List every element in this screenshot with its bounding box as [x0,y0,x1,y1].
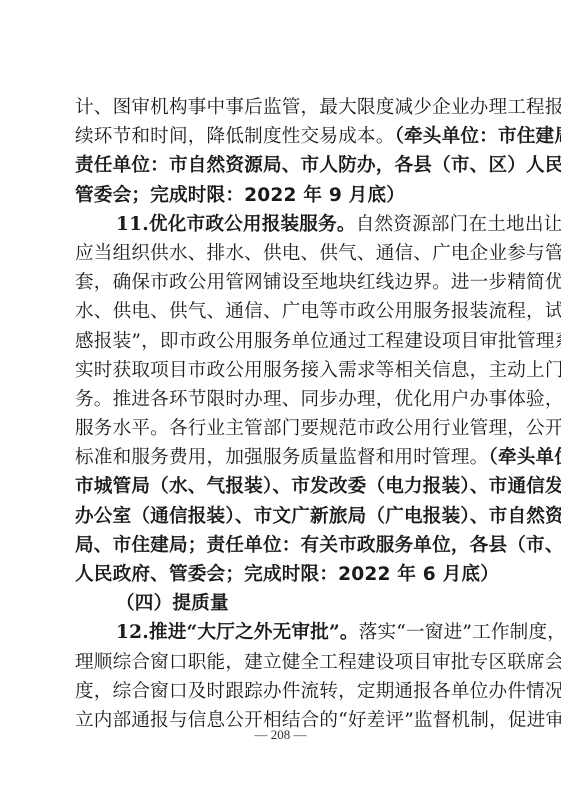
responsibility-text: 局、市住建局；责任单位：有关市政服务单位，各县（市、区） [75,535,561,556]
text-line: 标准和服务费用，加强服务质量监督和用时管理。（牵头单位： [75,443,489,472]
section-heading: （四）提质量 [116,593,229,614]
body-text: 实时获取项目市政公用服务接入需求等相关信息，主动上门服 [75,360,561,381]
text-line: 应当组织供水、排水、供电、供气、通信、广电企业参与管网配 [75,239,489,268]
responsibility-text: 办公室（通信报装）、市文广新旅局（广电报装）、市自然资源 [75,506,561,527]
text-line: 水、供电、供气、通信、广电等市政公用服务报装流程，试行“无 [75,297,489,326]
responsibility-text: （牵头单位：市住建局； [395,126,561,147]
text-line: 感报装”，即市政公用服务单位通过工程建设项目审批管理系统 [75,327,489,356]
body-text: 水、供电、供气、通信、广电等市政公用服务报装流程，试行“无 [75,301,561,322]
document-body: 计、图审机构事中事后监管，最大限度减少企业办理工程报建手续环节和时间，降低制度性… [75,93,489,735]
body-text: 计、图审机构事中事后监管，最大限度减少企业办理工程报建手 [75,97,561,118]
document-page: 计、图审机构事中事后监管，最大限度减少企业办理工程报建手续环节和时间，降低制度性… [0,0,561,793]
body-text: 自然资源部门在土地出让前， [356,214,561,235]
text-line: 人民政府、管委会；完成时限：2022 年 6 月底） [75,560,489,589]
body-text: 续环节和时间，降低制度性交易成本。 [75,126,395,147]
text-line: 12.推进“大厅之外无审批”。落实“一窗进”工作制度， [75,618,489,647]
text-line: 服务水平。各行业主管部门要规范市政公用行业管理，公开服务 [75,414,489,443]
text-line: 管委会；完成时限：2022 年 9 月底） [75,181,489,210]
body-text: 服务水平。各行业主管部门要规范市政公用行业管理，公开服务 [75,418,561,439]
text-line: 度，综合窗口及时跟踪办件流转，定期通报各单位办件情况，建 [75,677,489,706]
section-heading: 12.推进“大厅之外无审批”。 [116,622,359,643]
responsibility-text: （牵头单位： [488,447,561,468]
responsibility-text: 市城管局（水、气报装）、市发改委（电力报装）、市通信发展 [75,476,561,497]
section-heading: 11.优化市政公用报装服务。 [116,214,356,235]
responsibility-text: 人民政府、管委会；完成时限：2022 年 6 月底） [75,564,499,585]
responsibility-text: 管委会；完成时限：2022 年 9 月底） [75,185,405,206]
body-text: 感报装”，即市政公用服务单位通过工程建设项目审批管理系统 [75,331,561,352]
body-text: 标准和服务费用，加强服务质量监督和用时管理。 [75,447,488,468]
text-line: 办公室（通信报装）、市文广新旅局（广电报装）、市自然资源 [75,502,489,531]
page-number: — 208 — [0,727,561,743]
text-line: 局、市住建局；责任单位：有关市政服务单位，各县（市、区） [75,531,489,560]
text-line: 理顺综合窗口职能，建立健全工程建设项目审批专区联席会议制 [75,648,489,677]
text-line: 务。推进各环节限时办理、同步办理，优化用户办事体验，提升 [75,385,489,414]
body-text: 落实“一窗进”工作制度， [359,622,561,643]
text-line: 实时获取项目市政公用服务接入需求等相关信息，主动上门服 [75,356,489,385]
body-text: 务。推进各环节限时办理、同步办理，优化用户办事体验，提升 [75,389,561,410]
body-text: 理顺综合窗口职能，建立健全工程建设项目审批专区联席会议制 [75,652,561,673]
text-line: 计、图审机构事中事后监管，最大限度减少企业办理工程报建手 [75,93,489,122]
text-line: 续环节和时间，降低制度性交易成本。（牵头单位：市住建局； [75,122,489,151]
text-line: 11.优化市政公用报装服务。自然资源部门在土地出让前， [75,210,489,239]
text-line: 套，确保市政公用管网铺设至地块红线边界。进一步精简优化供 [75,268,489,297]
text-line: 责任单位：市自然资源局、市人防办，各县（市、区）人民政府、 [75,151,489,180]
body-text: 应当组织供水、排水、供电、供气、通信、广电企业参与管网配 [75,243,561,264]
body-text: 度，综合窗口及时跟踪办件流转，定期通报各单位办件情况，建 [75,681,561,702]
text-line: 市城管局（水、气报装）、市发改委（电力报装）、市通信发展 [75,472,489,501]
text-line: （四）提质量 [75,589,489,618]
responsibility-text: 责任单位：市自然资源局、市人防办，各县（市、区）人民政府、 [75,155,561,176]
body-text: 套，确保市政公用管网铺设至地块红线边界。进一步精简优化供 [75,272,561,293]
